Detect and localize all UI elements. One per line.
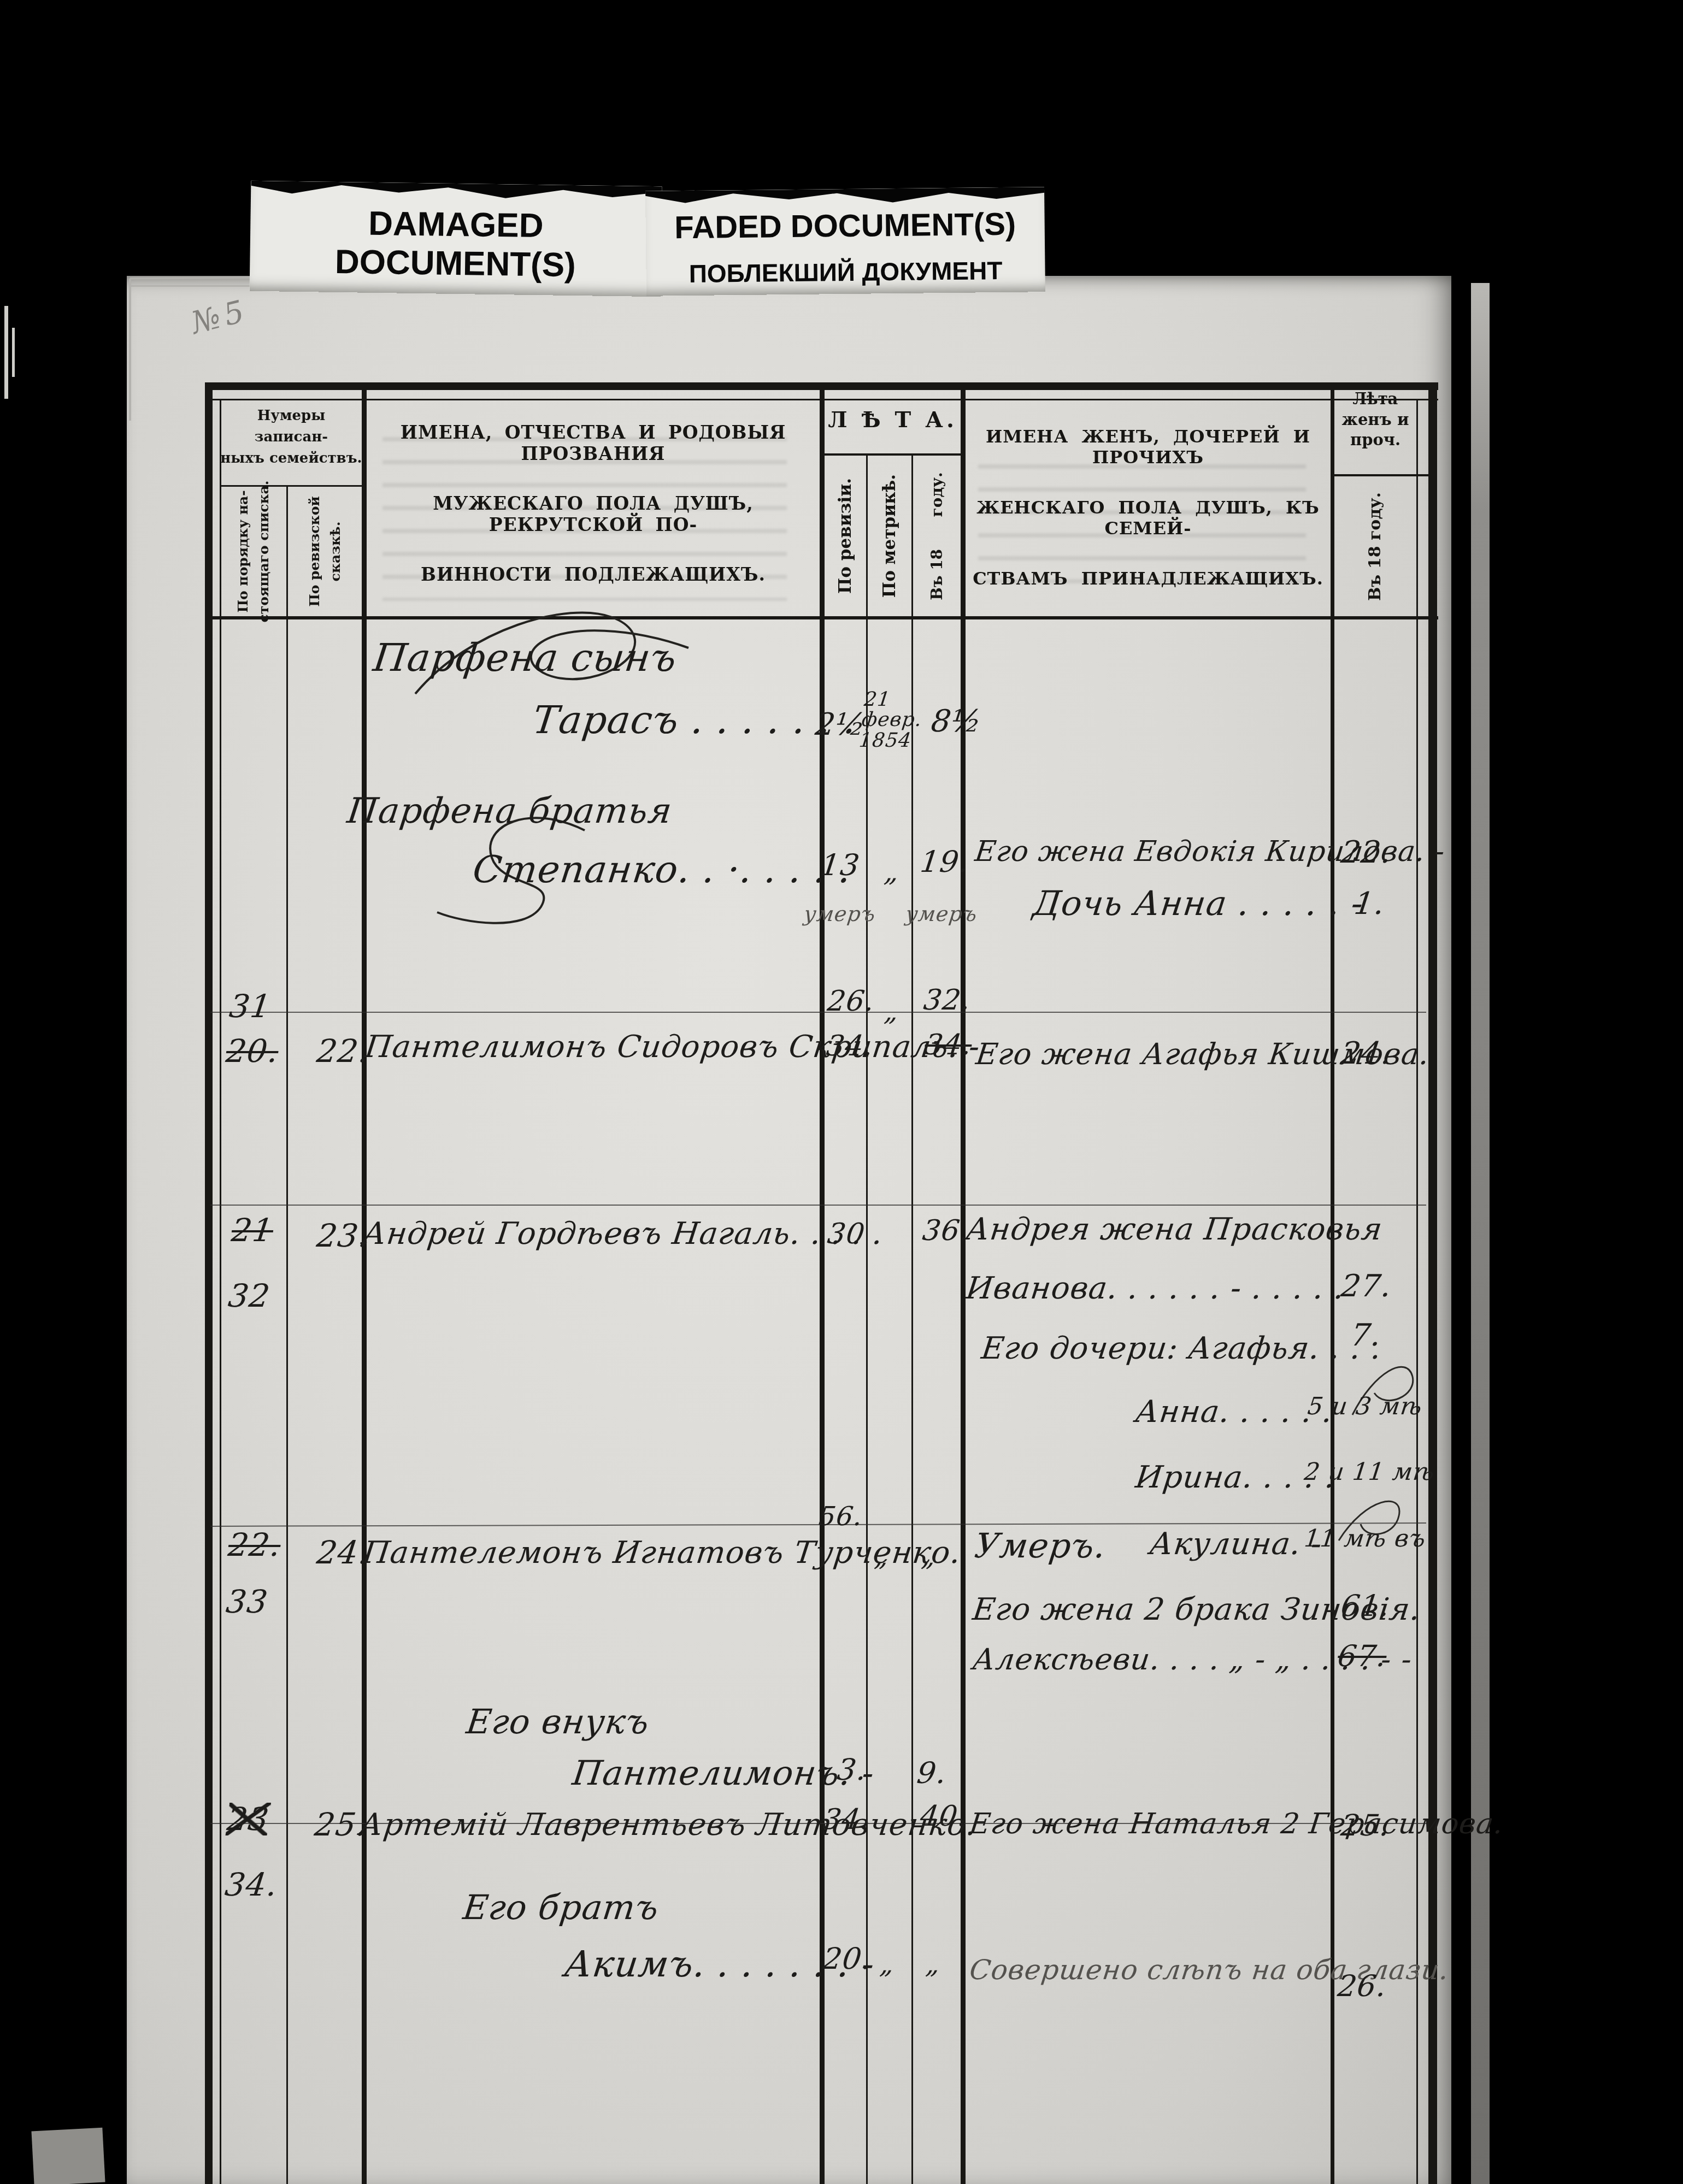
row-separator	[210, 1012, 1426, 1013]
hw-andrey: Андрей Гордѣевъ Нагаль. . . . .	[361, 1218, 885, 1250]
row-separator	[210, 1205, 1426, 1206]
header-bottom-line	[205, 616, 1438, 619]
hw-age-daughter-akulina: 11 мѣ въ	[1303, 1526, 1427, 1551]
hw-akim-rev: 20.	[821, 1944, 874, 1974]
hw-stepanko-age-now: 19.	[919, 847, 971, 877]
page-stack-edge	[129, 279, 131, 421]
hw-litovchenko: Артемій Лаврентьевъ Литовченко.	[358, 1809, 979, 1841]
hw-taras-age-now: 8½	[929, 706, 984, 737]
hw-taras: Тарасъ . . . . . . .	[531, 700, 859, 740]
header-female-names-1: ИМЕНА ЖЕНЪ, ДОЧЕРЕЙ И ПРОЧИХЪ	[966, 426, 1331, 468]
hw-num-23-struck: 23	[226, 1803, 271, 1835]
tag-faded-document: FADED DOCUMENT(S) ПОБЛЕКШИЙ ДОКУМЕНТ	[645, 187, 1045, 296]
header-male-names-1: ИМЕНА, ОТЧЕСТВА И РОДОВЫЯ ПРОЗВАНИЯ	[367, 422, 820, 464]
header-male-names-3: ВИННОСТИ ПОДЛЕЖАЩИХЪ.	[367, 564, 820, 585]
hw-skripal-rev-34: 34.	[825, 1031, 875, 1061]
hw-grandson-rev: 3.	[835, 1755, 868, 1785]
header-male-names-2: МУЖЕСКАГО ПОЛА ДУШЪ, РЕКРУТСКОЙ ПО-	[367, 493, 820, 535]
hw-age-daughter-anna: 5 и 3 мѣ	[1306, 1394, 1423, 1419]
hw-grandson-pantelimon: Пантелимонъ. -	[570, 1756, 876, 1791]
hw-daughter-anna2: Анна. . . . . .	[1134, 1396, 1335, 1428]
hw-age-agafya: 24.	[1339, 1038, 1393, 1070]
torn-edge	[251, 181, 662, 203]
hw-grandson-now: 9.	[915, 1758, 948, 1788]
hw-family-22: 22.	[315, 1035, 372, 1067]
hw-age-daughter-irina: 2 и 11 мѣ	[1303, 1460, 1436, 1485]
hw-turchenko-rev: 56.	[817, 1503, 864, 1531]
hw-age-praskovya: 27.	[1339, 1271, 1393, 1302]
hw-daughters-agafya: Его дочери: Агафья. . . .	[980, 1333, 1384, 1365]
header-female-names-3: СТВАМЪ ПРИНАДЛЕЖАЩИХЪ.	[966, 568, 1331, 589]
header-in-year: Въ 18 году.	[913, 456, 961, 616]
hw-note-umer: Умеръ.	[973, 1528, 1108, 1563]
divider-names-ages	[820, 382, 825, 2184]
hw-wife-praskovya-1: Андрея жена Прасковья	[964, 1214, 1384, 1246]
page-corner-underlay	[31, 2128, 105, 2184]
divider-numbers-names	[362, 382, 367, 2184]
hw-turchenko: Пантелемонъ Игнатовъ Турченко.	[361, 1537, 963, 1569]
hw-note-under-13: умеръ	[803, 904, 877, 925]
header-family-numbers: Нумеры записан- ныхъ семействъ.	[220, 405, 363, 469]
tag-damaged-line1: DAMAGED	[250, 203, 662, 247]
header-order-column: По порядку на- стоящаго списка.	[220, 487, 286, 615]
header-female-ages-group: Лѣта женъ и проч.	[1334, 389, 1416, 451]
hw-brother-label: Его братъ	[461, 1890, 661, 1925]
hw-andrey-rev: 30	[826, 1219, 867, 1249]
hw-litovchenko-now: 40.	[919, 1802, 969, 1831]
hw-age-zinovya-61: 61.	[1339, 1591, 1392, 1621]
tag-damaged-document: DAMAGED DOCUMENT(S)	[250, 181, 662, 297]
divider-ages-femalenames	[961, 382, 966, 2184]
hw-age-evdokia: 22.	[1339, 837, 1393, 869]
table-border-left	[205, 382, 213, 2184]
hw-num-34: 34.	[223, 1868, 280, 1901]
hw-age-natalya: 25.	[1339, 1810, 1392, 1841]
hw-grandson-label: Его внукъ	[464, 1704, 651, 1739]
hw-andrey-now: 36.	[921, 1216, 971, 1246]
hw-stepanko: Степанко. . ·. . . . .	[470, 851, 854, 890]
table-border-right-inner	[1416, 399, 1418, 2184]
hw-wife-natalya: Его жена Наталья 2 Герасимова.	[968, 1809, 1505, 1839]
hw-taras-metric-date: 21 февр. 1854	[858, 689, 926, 751]
header-by-metric: По метрикѣ.	[868, 456, 911, 616]
hw-skripal: Пантелимонъ Сидоровъ Скрипаль. -	[363, 1031, 982, 1063]
hw-num-21-struck: 21	[230, 1214, 275, 1247]
film-scratch	[4, 306, 8, 399]
hw-daughter-akulina: Акулина. -	[1148, 1528, 1324, 1560]
hw-wife-praskovya-2: Иванова. . . . . . - . . . . .	[964, 1273, 1346, 1305]
hw-skripal-rev-26: 26.	[826, 987, 876, 1016]
hw-num-20-struck: 20.	[225, 1035, 281, 1067]
hw-litovchenko-rev: 34.	[821, 1805, 872, 1834]
microfilm-frame: DAMAGED DOCUMENT(S) FADED DOCUMENT(S) ПО…	[0, 0, 1683, 2184]
tag-damaged-line2: DOCUMENT(S)	[250, 241, 661, 286]
divider-order-revision	[286, 485, 288, 2184]
film-scratch	[12, 328, 15, 377]
hw-parfen-brothers: Парфена братья	[345, 793, 674, 830]
hw-num-22-struck: 22.	[227, 1528, 283, 1561]
header-female-names-2: ЖЕНСКАГО ПОЛА ДУШЪ, КЪ СЕМЕЙ-	[966, 497, 1331, 539]
tag-faded-line1: FADED DOCUMENT(S)	[645, 205, 1045, 246]
hw-num-32: 32	[227, 1279, 272, 1312]
header-leta: Л Ѣ Т А.	[825, 407, 961, 433]
hw-age-daughter-agafya: 7.	[1349, 1320, 1384, 1351]
hw-parfen-son: Парфена сынъ	[371, 638, 679, 678]
tag-faded-subtext: ПОБЛЕКШИЙ ДОКУМЕНТ	[646, 255, 1045, 289]
table-border-right	[1428, 382, 1437, 2184]
hw-num-31: 31	[228, 990, 273, 1023]
torn-edge	[645, 187, 1044, 208]
hw-daughter-anna: Дочь Анна . . . . . -	[1031, 886, 1366, 921]
hw-num-33: 33	[225, 1585, 270, 1618]
hw-note-under-19: умеръ	[904, 904, 979, 925]
hw-age-zinovya-67: 67.	[1336, 1641, 1388, 1672]
hw-skripal-now-32: 32.	[922, 985, 972, 1015]
hw-stepanko-age-revision: 13	[819, 850, 862, 881]
hw-age-akim: 26.	[1336, 1971, 1388, 2002]
hw-skripal-now-34: 34.	[923, 1030, 973, 1060]
header-revision-column: По ревизской сказкѣ.	[288, 487, 362, 615]
hw-age-anna-1: 1.	[1352, 888, 1387, 920]
header-female-in-year: Въ 18 году.	[1334, 476, 1416, 616]
header-by-revision: По ревизіи.	[825, 456, 866, 616]
adjacent-page-edge	[1471, 283, 1490, 2184]
table-border-left-inner	[220, 399, 221, 2184]
